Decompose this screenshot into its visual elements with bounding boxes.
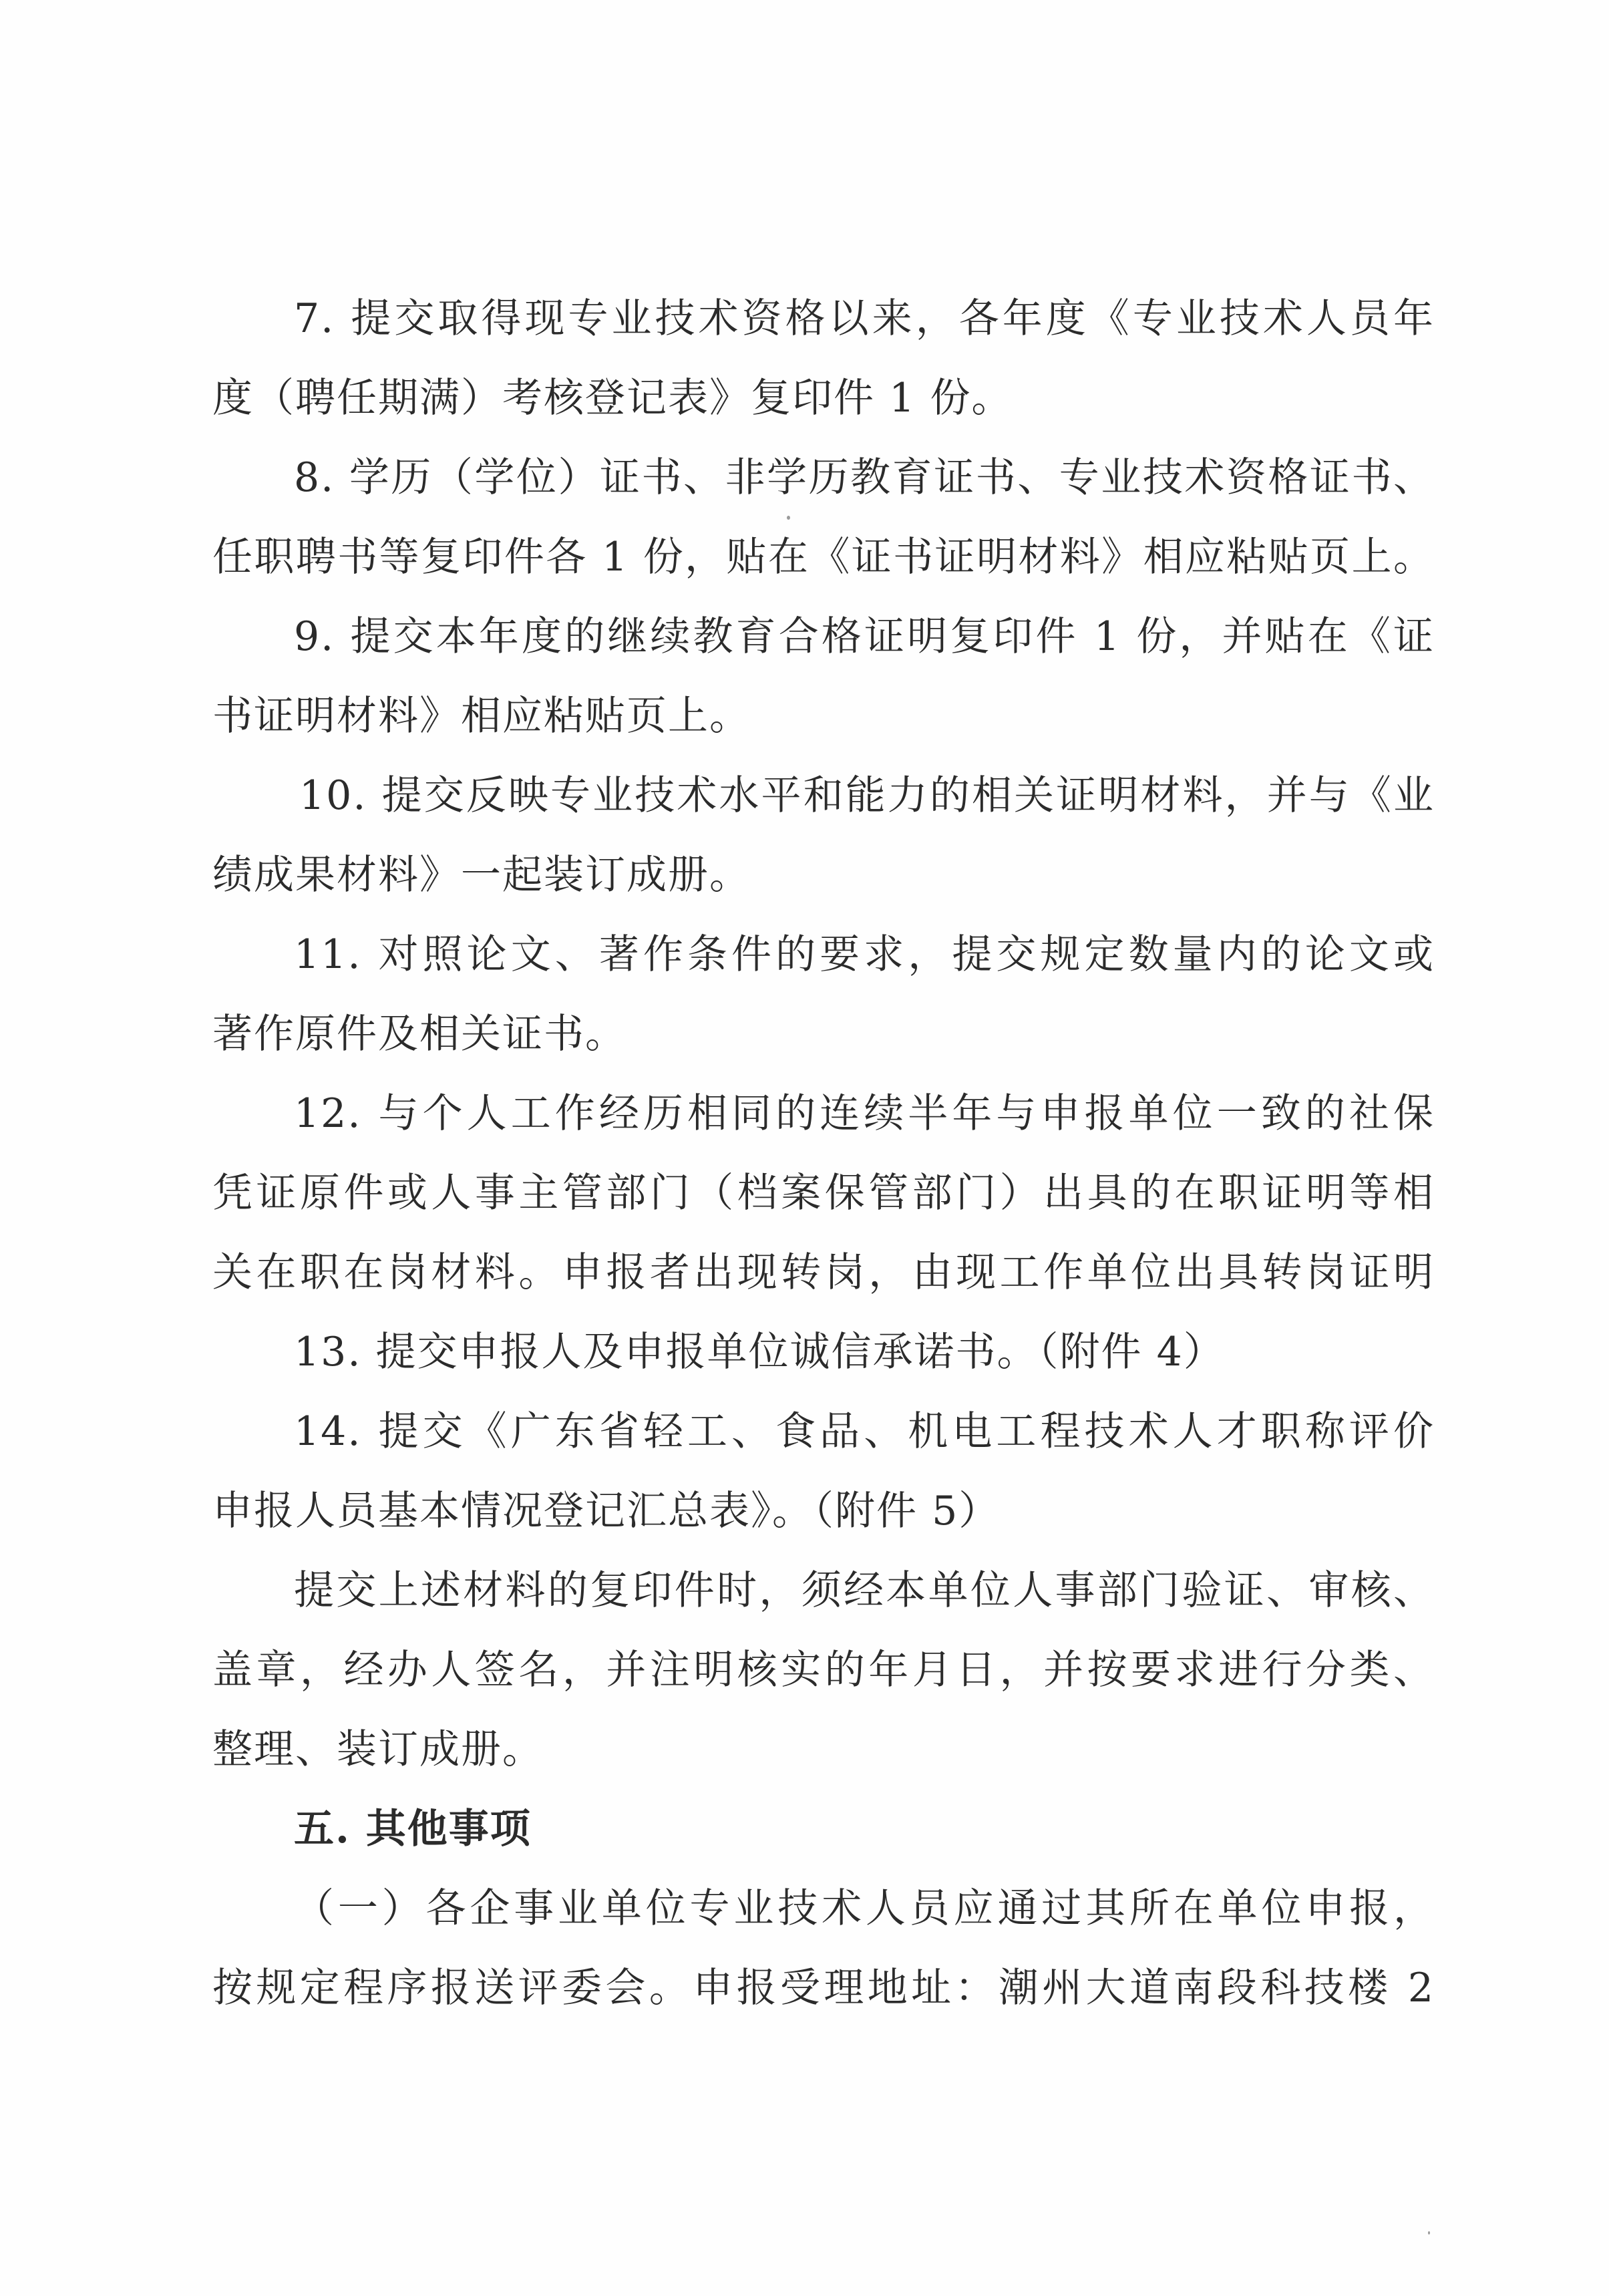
list-item-9: 9. 提交本年度的继续教育合格证明复印件 1 份，并贴在《证 书证明材料》相应粘… <box>212 597 1435 756</box>
subsection-1: （一）各企事业单位专业技术人员应通过其所在单位申报， 按规定程序报送评委会。申报… <box>212 1869 1435 2028</box>
list-item-10: 10. 提交反映专业技术水平和能力的相关证明材料，并与《业 绩成果材料》一起装订… <box>212 756 1435 915</box>
list-item-line: 14. 提交《广东省轻工、食品、机电工程技术人才职称评价 <box>212 1392 1435 1472</box>
scan-speck <box>1428 2231 1430 2235</box>
list-item-line: 10. 提交反映专业技术水平和能力的相关证明材料，并与《业 <box>212 756 1435 836</box>
list-item-14: 14. 提交《广东省轻工、食品、机电工程技术人才职称评价 申报人员基本情况登记汇… <box>212 1392 1435 1551</box>
list-item-line: 绩成果材料》一起装订成册。 <box>212 836 1435 915</box>
list-item-line: 11. 对照论文、著作条件的要求，提交规定数量内的论文或 <box>212 915 1435 995</box>
list-item-7: 7. 提交取得现专业技术资格以来，各年度《专业技术人员年 度（聘任期满）考核登记… <box>212 279 1435 438</box>
list-item-line: 12. 与个人工作经历相同的连续半年与申报单位一致的社保 <box>212 1074 1435 1154</box>
list-item-13: 13. 提交申报人及申报单位诚信承诺书。（附件 4） <box>212 1313 1435 1392</box>
list-item-line: 8. 学历（学位）证书、非学历教育证书、专业技术资格证书、 <box>212 438 1435 518</box>
paragraph-line: 按规定程序报送评委会。申报受理地址：潮州大道南段科技楼 2 <box>212 1949 1435 2028</box>
list-item-line: 任职聘书等复印件各 1 份，贴在《证书证明材料》相应粘贴页上。 <box>212 518 1435 597</box>
list-item-line: 书证明材料》相应粘贴页上。 <box>212 677 1435 756</box>
list-item-line: 9. 提交本年度的继续教育合格证明复印件 1 份，并贴在《证 <box>212 597 1435 677</box>
list-item-line: 著作原件及相关证书。 <box>212 995 1435 1074</box>
list-item-8: 8. 学历（学位）证书、非学历教育证书、专业技术资格证书、 任职聘书等复印件各 … <box>212 438 1435 597</box>
scan-speck <box>787 516 790 520</box>
document-body: 7. 提交取得现专业技术资格以来，各年度《专业技术人员年 度（聘任期满）考核登记… <box>212 279 1435 2028</box>
paragraph-line: （一）各企事业单位专业技术人员应通过其所在单位申报， <box>212 1869 1435 1949</box>
list-item-line: 13. 提交申报人及申报单位诚信承诺书。（附件 4） <box>212 1313 1435 1392</box>
list-item-12: 12. 与个人工作经历相同的连续半年与申报单位一致的社保 凭证原件或人事主管部门… <box>212 1074 1435 1313</box>
list-item-line: 7. 提交取得现专业技术资格以来，各年度《专业技术人员年 <box>212 279 1435 359</box>
copy-verification-note: 提交上述材料的复印件时，须经本单位人事部门验证、审核、 盖章，经办人签名，并注明… <box>212 1551 1435 1790</box>
list-item-line: 申报人员基本情况登记汇总表》。（附件 5） <box>212 1472 1435 1551</box>
list-item-11: 11. 对照论文、著作条件的要求，提交规定数量内的论文或 著作原件及相关证书。 <box>212 915 1435 1074</box>
list-item-line: 度（聘任期满）考核登记表》复印件 1 份。 <box>212 359 1435 438</box>
paragraph-line: 提交上述材料的复印件时，须经本单位人事部门验证、审核、 <box>212 1551 1435 1631</box>
paragraph-line: 盖章，经办人签名，并注明核实的年月日，并按要求进行分类、 <box>212 1631 1435 1710</box>
list-item-line: 关在职在岗材料。申报者出现转岗，由现工作单位出具转岗证明 <box>212 1233 1435 1313</box>
document-page: 7. 提交取得现专业技术资格以来，各年度《专业技术人员年 度（聘任期满）考核登记… <box>0 0 1609 2296</box>
paragraph-line: 整理、装订成册。 <box>212 1710 1435 1790</box>
section-heading: 五. 其他事项 <box>212 1790 1435 1869</box>
list-item-line: 凭证原件或人事主管部门（档案保管部门）出具的在职证明等相 <box>212 1154 1435 1233</box>
